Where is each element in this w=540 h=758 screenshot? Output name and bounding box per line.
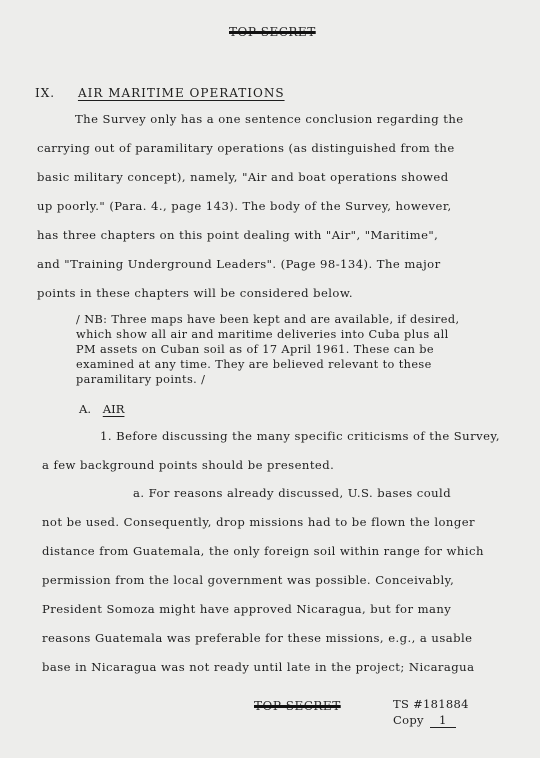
classification-marking-bottom: TOP SECRET [254,699,341,713]
text-line: not be used. Consequently, drop missions… [42,515,475,529]
text-line: has three chapters on this point dealing… [37,228,438,242]
subsection-heading: A. AIR [79,402,124,416]
text-line: The Survey only has a one sentence concl… [75,112,464,126]
text-line: President Somoza might have approved Nic… [42,602,451,616]
subsection-letter: A. [79,402,91,416]
copy-number: 1 [430,713,456,728]
text-line: basic military concept), namely, "Air an… [37,170,449,184]
text-line: PM assets on Cuban soil as of 17 April 1… [76,343,434,356]
text-line: permission from the local government was… [42,573,454,587]
text-line: and "Training Underground Leaders". (Pag… [37,257,441,271]
text-line: base in Nicaragua was not ready until la… [42,660,474,674]
subsection-title: AIR [103,402,125,416]
text-line: / NB: Three maps have been kept and are … [76,313,459,326]
copy-label: Copy [393,713,424,727]
text-line: up poorly." (Para. 4., page 143). The bo… [37,199,452,213]
document-page: TOP SECRET IX. AIR MARITIME OPERATIONS T… [0,0,540,758]
text-line: a. For reasons already discussed, U.S. b… [133,486,451,500]
section-number: IX. [35,86,55,100]
text-line: carrying out of paramilitary operations … [37,141,455,155]
text-line: reasons Guatemala was preferable for the… [42,631,472,645]
text-line: 1. Before discussing the many specific c… [100,429,500,443]
text-line: paramilitary points. / [76,373,205,386]
text-line: points in these chapters will be conside… [37,286,353,300]
control-number: TS #181884 [393,697,469,711]
classification-marking-top: TOP SECRET [229,25,316,39]
text-line: a few background points should be presen… [42,458,334,472]
copy-field: Copy 1 [393,713,456,728]
text-line: examined at any time. They are believed … [76,358,432,371]
section-heading: IX. AIR MARITIME OPERATIONS [35,86,285,100]
section-title: AIR MARITIME OPERATIONS [78,86,285,100]
text-line: distance from Guatemala, the only foreig… [42,544,484,558]
text-line: which show all air and maritime deliveri… [76,328,449,341]
